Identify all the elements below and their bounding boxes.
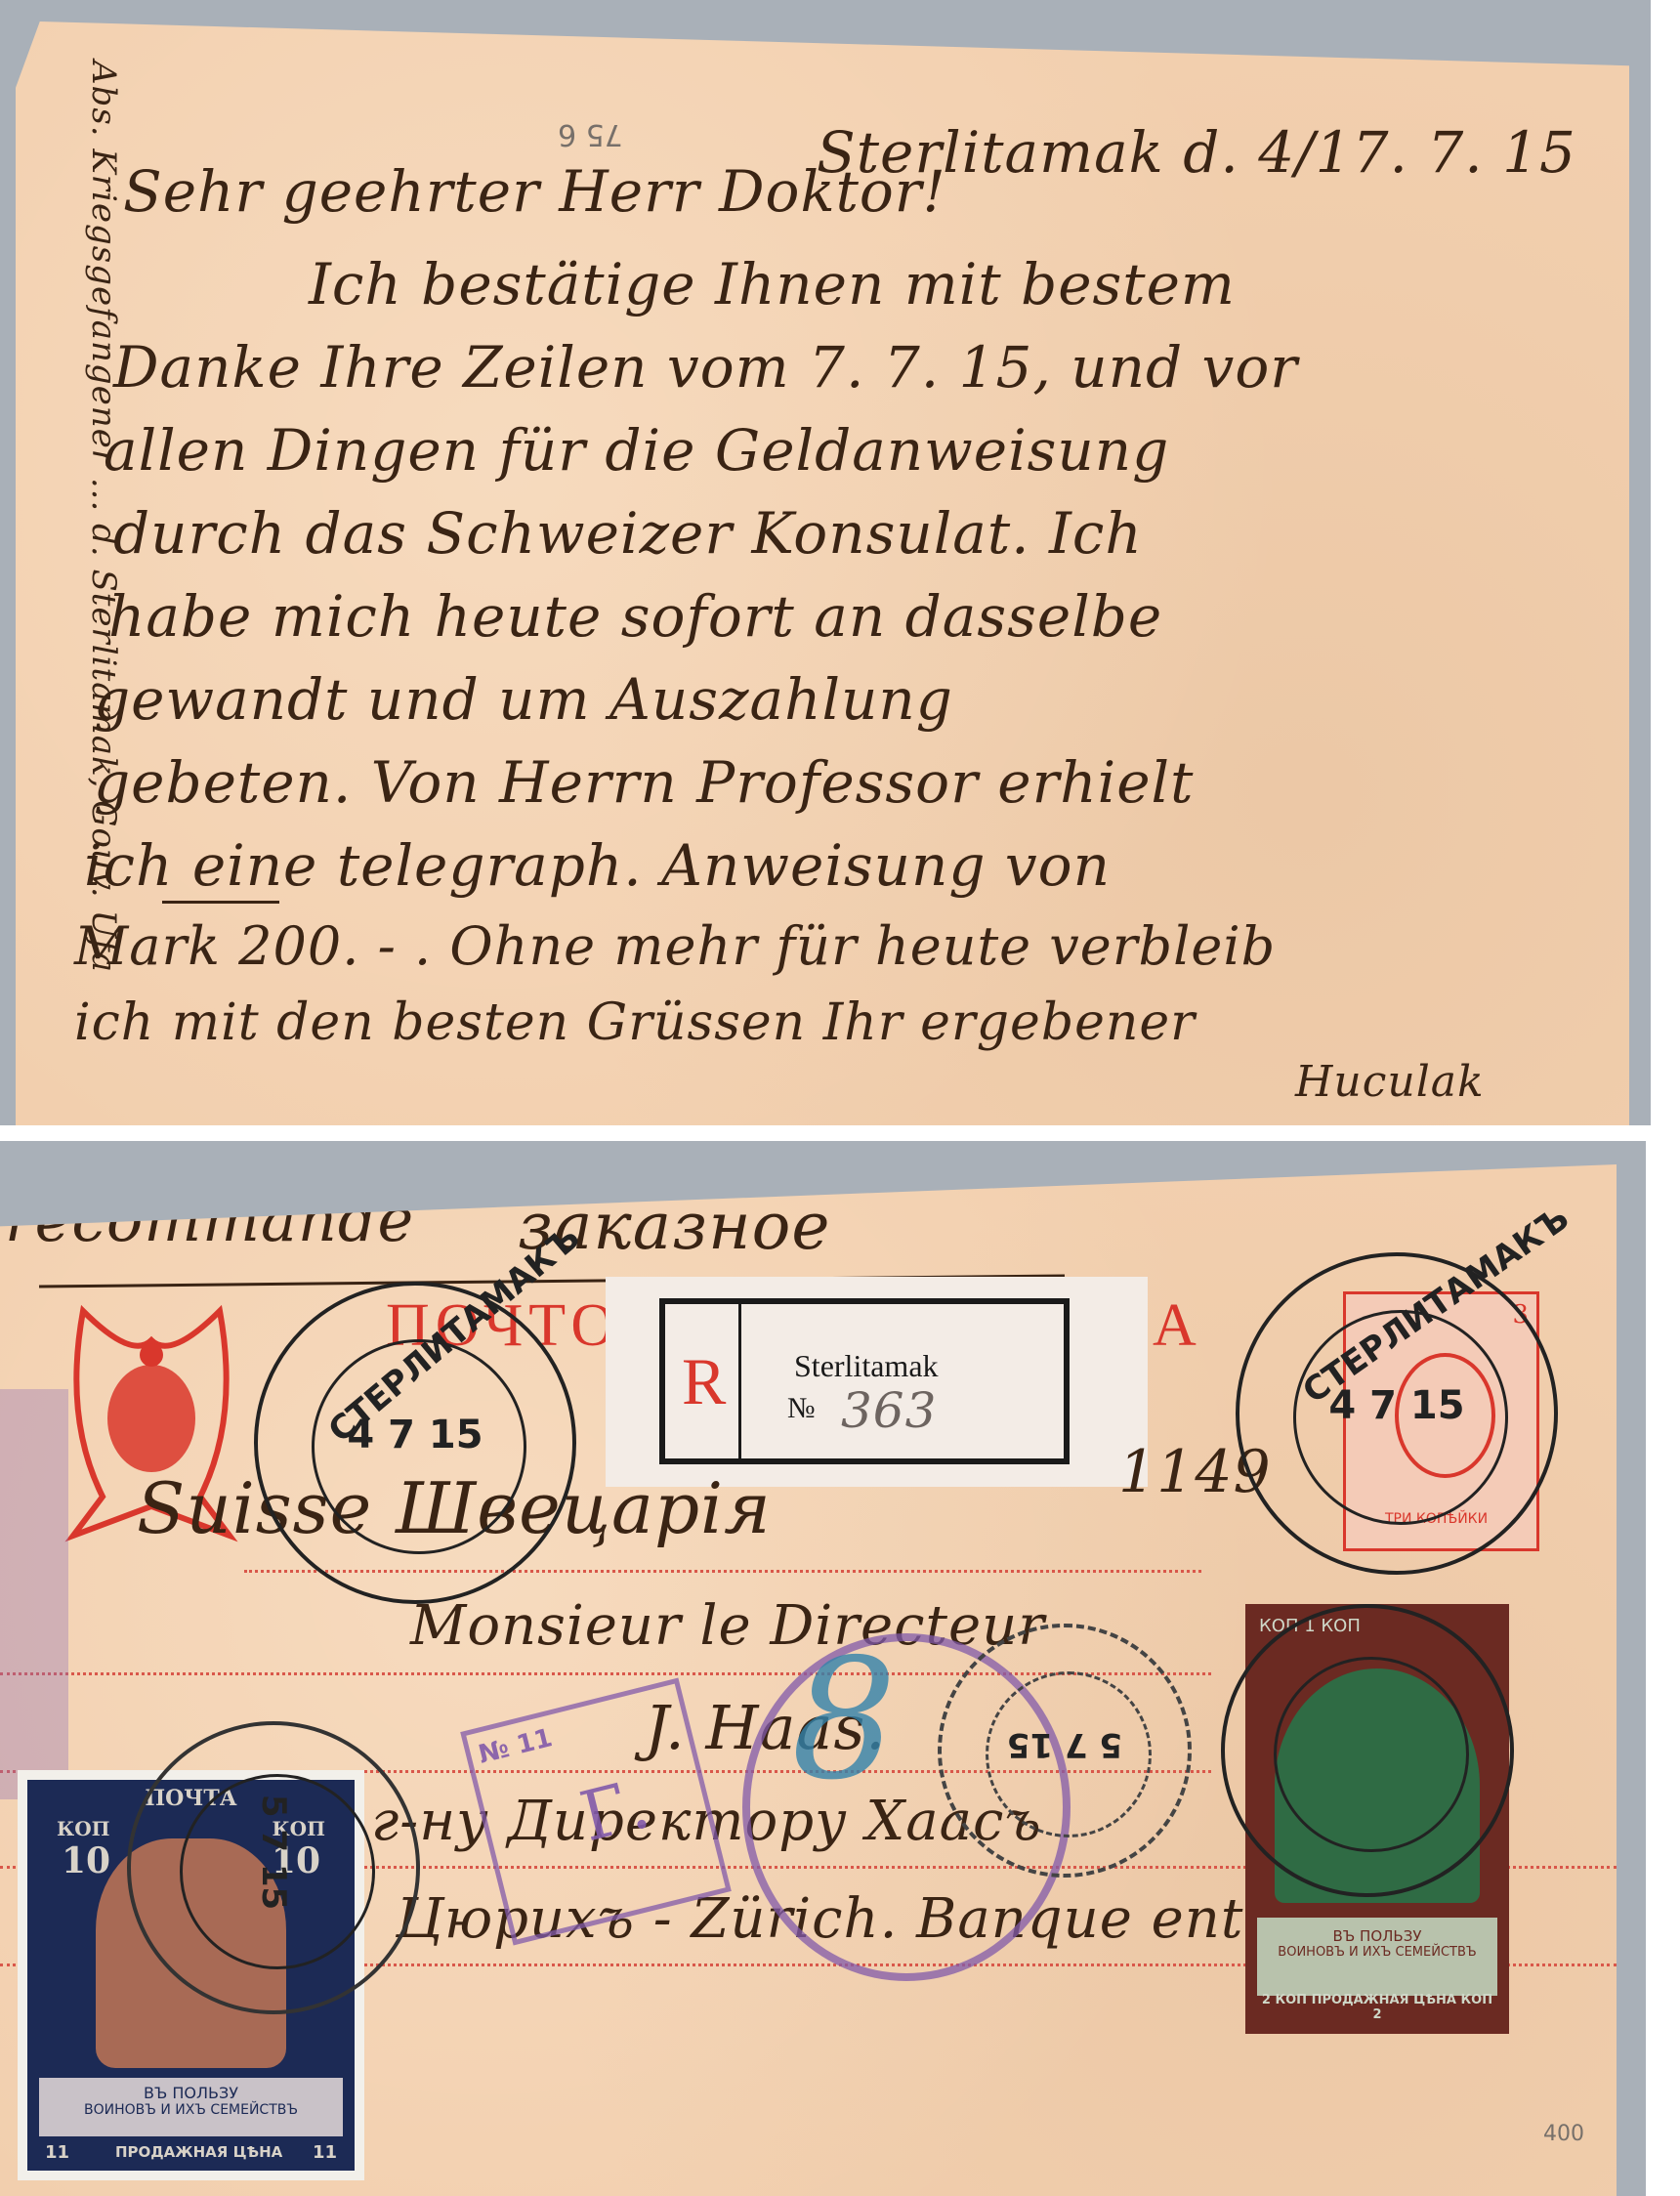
letter-line: allen Dingen für die Geldanweisung xyxy=(104,417,1169,484)
postmark-over-1k-stamp xyxy=(1221,1604,1514,1897)
underline-eine xyxy=(162,901,279,904)
blue-crayon-mark: 8 xyxy=(791,1624,897,1817)
letter-line: gebeten. Von Herrn Professor erhielt xyxy=(94,749,1194,816)
postmark-sterlitamak-4-7-15-right: 4 7 15 СТЕРЛИТАМАКЪ xyxy=(1236,1252,1558,1575)
corner-pencil: 400 xyxy=(1543,2122,1584,2146)
salutation: Sehr geehrter Herr Doktor! xyxy=(123,158,946,225)
registration-number-prefix: № xyxy=(787,1392,816,1425)
letter-line: gewandt und um Auszahlung xyxy=(94,666,953,733)
postcard-back: récommandé заказное ПОЧТО А R Sterlitama… xyxy=(0,1164,1617,2196)
postmark-sterlitamak-4-7-15: 4 7 15 СТЕРЛИТАМАКЪ xyxy=(254,1282,576,1604)
letter-line: durch das Schweizer Konsulat. Ich xyxy=(113,500,1143,567)
registration-office: Sterlitamak xyxy=(794,1348,939,1384)
back-scan-background: récommandé заказное ПОЧТО А R Sterlitama… xyxy=(0,1141,1646,2196)
signature: Huculak xyxy=(1295,1057,1485,1107)
violet-side-stamp xyxy=(0,1389,68,1799)
letter-line: Danke Ihre Zeilen vom 7. 7. 15, und vor xyxy=(113,334,1298,401)
postmark-sterlitamak-5-7-15: 5 7 15 xyxy=(127,1721,420,2014)
letter-line: ich eine telegraph. Anweisung von xyxy=(84,832,1111,899)
letter-line: Ich bestätige Ihnen mit bestem xyxy=(309,251,1236,317)
registration-label: R Sterlitamak № 363 xyxy=(606,1277,1148,1487)
recommande-text: récommandé xyxy=(5,1184,414,1255)
letter-line: Mark 200. - . Ohne mehr für heute verble… xyxy=(74,915,1276,977)
letter-line: habe mich heute sofort an dasselbe xyxy=(108,583,1162,650)
card-title-right: А xyxy=(1153,1291,1202,1361)
pencil-note: 75 6 xyxy=(558,117,623,151)
letter-line: ich mit den besten Grüssen Ihr ergebener xyxy=(74,993,1196,1052)
postmark-arrival-5-7-15: 5 7 15 xyxy=(938,1624,1192,1878)
margin-note: Abs. Kriegsgefangener ... d. Sterlitamak… xyxy=(84,61,123,973)
postcard-front: 75 6 Sterlitamak d. 4/17. 7. 15 Sehr gee… xyxy=(16,21,1629,1125)
registration-number: 363 xyxy=(841,1382,937,1439)
registration-letter: R xyxy=(682,1343,726,1420)
front-scan-background: 75 6 Sterlitamak d. 4/17. 7. 15 Sehr gee… xyxy=(0,0,1651,1125)
